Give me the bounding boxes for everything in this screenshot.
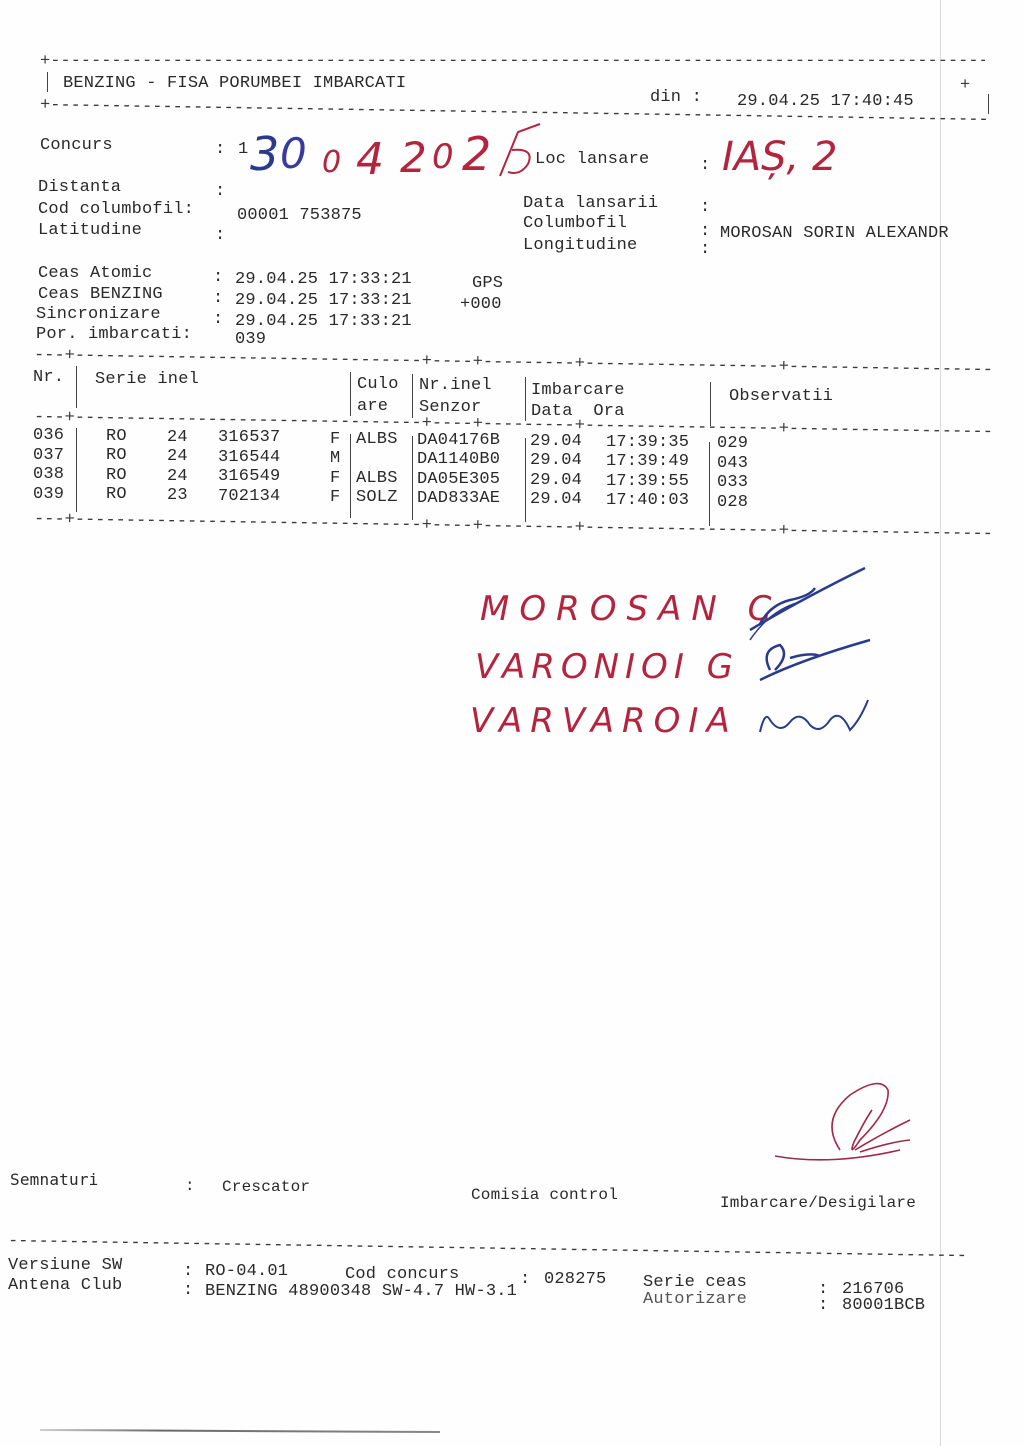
col-divider [412,374,413,418]
cod-columbofil-label: Cod columbofil: [38,200,194,220]
antena-colon: : [183,1281,193,1301]
svg-text:2: 2 [400,133,427,182]
cell-sex: F [330,430,340,450]
cell-date: 29.04 [530,471,582,491]
longitudine-colon: : [700,240,710,260]
document-title: BENZING - FISA PORUMBEI IMBARCATI [63,74,406,94]
footer-divider: ----------------------------------------… [8,1232,968,1267]
signature-2 [760,640,870,680]
stamp-signature [770,1080,930,1170]
col-header-imbarcare-1: Imbarcare [531,381,625,401]
ceas-benzing-suffix: +000 [460,295,502,315]
header-corner: + [960,76,990,96]
ceas-atomic-value: 29.04.25 17:33:21 [235,270,412,290]
loc-lansare-colon: : [700,156,710,176]
cod-concurs-colon: : [520,1270,530,1290]
cell-country: RO [106,427,127,447]
cell-year: 24 [167,428,188,448]
col-header-culoare-1: Culo [357,375,399,395]
cell-sensor: DAD833AE [417,489,500,509]
longitudine-label: Longitudine [523,236,637,256]
scanned-document: +---------------------------------------… [0,0,1024,1446]
cell-country: RO [106,446,127,466]
col-divider [76,428,77,512]
handwritten-name: MOROSAN C [480,589,781,629]
concurs-handwritten-date: 3 0 0 4 2 0 2 [250,120,550,190]
cod-concurs-value: 028275 [544,1270,606,1290]
data-lansarii-colon: : [700,198,710,218]
loc-lansare-handwritten: IAȘ, 2 [722,134,837,180]
ceas-atomic-colon: : [213,268,223,288]
signature-crescator: Crescator [222,1177,310,1197]
cell-observatii: 043 [717,454,748,474]
col-divider [412,436,413,520]
handwritten-name: VARONIOI G [475,647,739,687]
concurs-colon: : [215,140,225,160]
cell-ring-number: 316549 [218,467,280,487]
autorizare-value: 80001BCB [842,1296,925,1316]
page-bottom-edge [40,1429,440,1433]
versiune-sw-value: RO-04.01 [205,1262,288,1282]
latitudine-label: Latitudine [38,221,142,241]
cell-color: SOLZ [356,488,398,508]
distanta-colon: : [215,182,225,202]
svg-text:4: 4 [356,134,384,185]
cell-color: ALBS [356,430,398,450]
col-header-nr: Nr. [33,368,64,388]
columbofil-colon: : [700,222,710,242]
cell-country: RO [106,466,127,486]
cell-year: 23 [167,486,188,506]
header-left-bar [47,72,48,92]
cell-ring-number: 316544 [218,448,280,468]
cell-year: 24 [167,467,188,487]
cell-time: 17:39:35 [606,433,689,453]
col-divider [76,366,77,408]
signature-3 [760,700,868,732]
handwritten-name: VARVAROIA [470,701,738,741]
cell-date: 29.04 [530,490,582,510]
ceas-atomic-suffix: GPS [472,274,503,294]
semnaturi-colon: : [185,1176,195,1196]
sincronizare-colon: : [213,310,223,330]
cell-time: 17:39:55 [606,472,689,492]
ceas-benzing-colon: : [213,289,223,309]
cell-sex: F [330,488,340,508]
semnaturi-label: Semnaturi [10,1170,99,1190]
concurs-value: 1 [238,140,248,160]
cell-nr: 036 [33,426,64,446]
svg-text:0: 0 [432,137,454,177]
columbofil-value: MOROSAN SORIN ALEXANDR [720,224,949,244]
cell-year: 24 [167,447,188,467]
cell-nr: 037 [33,446,64,466]
ceas-atomic-label: Ceas Atomic [38,264,152,284]
versiune-sw-label: Versiune SW [8,1256,122,1276]
col-divider [350,372,351,416]
distanta-label: Distanta [38,178,121,198]
cod-columbofil-value: 00001 753875 [237,206,362,226]
antena-club-label: Antena Club [8,1276,122,1296]
svg-text:3: 3 [250,127,279,181]
ceas-benzing-value: 29.04.25 17:33:21 [235,291,412,311]
signature-comisia-control: Comisia control [471,1185,618,1205]
sincronizare-label: Sincronizare [36,305,161,325]
loc-lansare-label: Loc lansare [535,150,649,170]
col-header-serie-inel: Serie inel [95,370,199,390]
cell-color: ALBS [356,469,398,489]
page-fold-line [940,0,941,1446]
col-header-observatii: Observatii [729,387,833,407]
cell-sensor: DA05E305 [417,470,500,490]
antena-club-value: BENZING 48900348 SW-4.7 HW-3.1 [205,1282,517,1302]
svg-text:0: 0 [322,145,341,180]
columbofil-label: Columbofil [523,214,627,234]
cell-sensor: DA1140B0 [417,450,500,470]
autorizare-colon: : [818,1296,828,1316]
ceas-benzing-label: Ceas BENZING [38,285,163,305]
col-header-nr-inel-1: Nr.inel [419,376,492,396]
cell-country: RO [106,485,127,505]
cell-ring-number: 316537 [218,428,280,448]
svg-text:2: 2 [462,127,491,181]
por-imbarcati-value: 039 [235,330,266,350]
handwritten-names-block: MOROSAN C VARONIOI G VARVAROIA [470,560,890,770]
col-divider [709,442,710,526]
cell-ring-number: 702134 [218,487,280,507]
cell-sex: F [330,469,340,489]
cell-sensor: DA04176B [417,431,500,451]
latitudine-colon: : [215,226,225,246]
cell-sex: M [330,449,340,469]
col-divider [525,377,526,421]
sincronizare-value: 29.04.25 17:33:21 [235,312,412,332]
data-lansarii-label: Data lansarii [523,194,658,214]
cell-nr: 039 [33,485,64,505]
cell-date: 29.04 [530,432,582,452]
versiune-colon: : [183,1262,193,1282]
cell-nr: 038 [33,465,64,485]
cell-observatii: 028 [717,493,748,513]
cell-observatii: 029 [717,434,748,454]
autorizare-label: Autorizare [643,1290,747,1310]
cell-observatii: 033 [717,473,748,493]
cell-time: 17:39:49 [606,452,689,472]
concurs-label: Concurs [40,136,113,156]
table-border-bottom: ---+----------------------------------+-… [34,510,994,545]
col-divider [350,434,351,518]
cell-time: 17:40:03 [606,491,689,511]
cell-date: 29.04 [530,451,582,471]
col-divider [525,438,526,522]
por-imbarcati-label: Por. imbarcati: [36,325,192,345]
signature-imbarcare-desigilare: Imbarcare/Desigilare [720,1193,916,1213]
svg-text:0: 0 [280,129,307,178]
header-border-top: +---------------------------------------… [40,52,985,72]
